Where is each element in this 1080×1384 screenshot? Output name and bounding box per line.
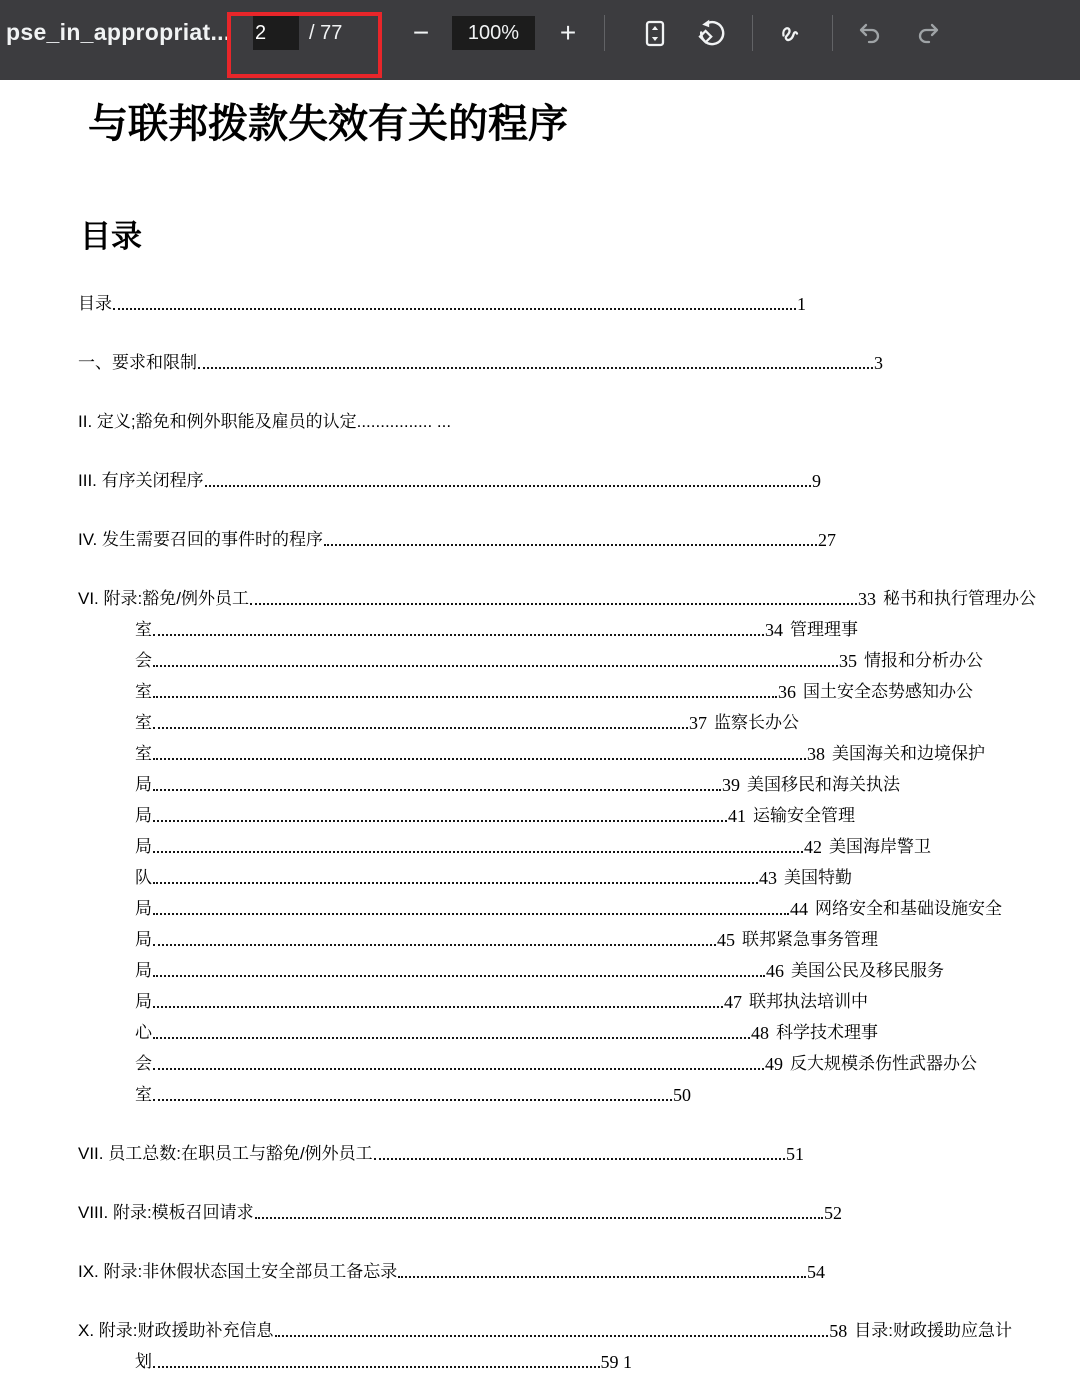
toc-entry-suffix: 科学技术理事 bbox=[776, 1024, 878, 1042]
rotate-counterclockwise-icon bbox=[697, 19, 725, 47]
toc-entry-suffix: 联邦紧急事务管理 bbox=[742, 931, 878, 949]
toc-entry-label: II. 定义;豁免和例外职能及雇员的认定................ ... bbox=[78, 413, 451, 431]
toc-entry: 心48科学技术理事 bbox=[135, 1024, 878, 1042]
zoom-level-display: 100% bbox=[452, 16, 535, 50]
toc-entry: 局42美国海岸警卫 bbox=[135, 838, 931, 856]
toc-entry: 局47联邦执法培训中 bbox=[135, 993, 868, 1011]
toc-entry-label: 一、要求和限制 bbox=[78, 354, 197, 372]
toc-entry-label: 室 bbox=[135, 683, 152, 701]
toolbar-divider bbox=[604, 15, 605, 51]
toc-leader-dots bbox=[153, 851, 803, 853]
toc-entry-suffix: 秘书和执行管理办公 bbox=[883, 590, 1036, 608]
toc-entry: X. 附录:财政援助补充信息58目录:财政援助应急计 bbox=[78, 1322, 1012, 1340]
document-title: 与联邦拨款失效有关的程序 bbox=[88, 100, 1080, 148]
toc-entry-suffix: 目录:财政援助应急计 bbox=[854, 1322, 1012, 1340]
toc-entry: 局39美国移民和海关执法 bbox=[135, 776, 900, 794]
toc-entry-label: 室 bbox=[135, 745, 152, 763]
toc-entry-page: 43 bbox=[759, 869, 777, 887]
toc-entry-page: 58 bbox=[829, 1322, 847, 1340]
toc-entry: 局41运输安全管理 bbox=[135, 807, 855, 825]
pdf-page: 与联邦拨款失效有关的程序 目录 目录1 一、要求和限制3 II. 定义;豁免和例… bbox=[0, 100, 1080, 1371]
toc-entry-suffix: 国土安全态势感知办公 bbox=[803, 683, 973, 701]
page-count-label: / 77 bbox=[309, 22, 342, 45]
toc-leader-dots bbox=[198, 367, 873, 369]
toc-entry-suffix: 美国特勤 bbox=[784, 869, 852, 887]
redo-button[interactable] bbox=[908, 14, 948, 52]
toc-entry-label: 局 bbox=[135, 838, 152, 856]
toc-entry-label: 队 bbox=[135, 869, 152, 887]
toc-entry-label: 会 bbox=[135, 652, 152, 670]
toc-leader-dots bbox=[153, 882, 758, 884]
toc-entry-label: 室 bbox=[135, 714, 152, 732]
toc-leader-dots bbox=[153, 665, 838, 667]
toc-entry-suffix: 监察长办公 bbox=[714, 714, 799, 732]
toc-entry-page: 54 bbox=[807, 1263, 825, 1281]
toc-entry-suffix: 美国海岸警卫 bbox=[829, 838, 931, 856]
pen-icon bbox=[776, 19, 804, 47]
toc-entry: IX. 附录:非休假状态国土安全部员工备忘录54 bbox=[78, 1263, 825, 1281]
toc-heading: 目录 bbox=[80, 220, 1080, 254]
toc-leader-dots bbox=[153, 727, 688, 729]
toc-entry-label: 会 bbox=[135, 1055, 152, 1073]
toc-entry-page: 1 bbox=[797, 295, 806, 313]
toc-entry-label: 局 bbox=[135, 807, 152, 825]
toc-entry-suffix: 美国海关和边境保护 bbox=[832, 745, 985, 763]
toc-entry: 划59 1 bbox=[135, 1353, 632, 1371]
toc-entry-page: 34 bbox=[765, 621, 783, 639]
toc-entry-page: 38 bbox=[807, 745, 825, 763]
toc-entry-page: 39 bbox=[722, 776, 740, 794]
toc-entry-suffix: 美国移民和海关执法 bbox=[747, 776, 900, 794]
toc-entry-label: VII. 员工总数:在职员工与豁免/例外员工 bbox=[78, 1145, 373, 1163]
toc-entry: 室36国土安全态势感知办公 bbox=[135, 683, 973, 701]
toc-leader-dots bbox=[153, 1037, 750, 1039]
undo-icon bbox=[856, 19, 884, 47]
toc-entry-label: 目录 bbox=[78, 295, 112, 313]
toc-entry-suffix: 运输安全管理 bbox=[753, 807, 855, 825]
toc-entry-page: 35 bbox=[839, 652, 857, 670]
toc-entry: 室50 bbox=[135, 1086, 691, 1104]
toc-entry-page: 41 bbox=[728, 807, 746, 825]
rotate-button[interactable] bbox=[692, 14, 730, 52]
toc-leader-dots bbox=[398, 1276, 806, 1278]
annotation-red-box bbox=[227, 12, 382, 78]
annotate-button[interactable] bbox=[770, 14, 810, 52]
toc-entry: 室37监察长办公 bbox=[135, 714, 799, 732]
undo-button[interactable] bbox=[850, 14, 890, 52]
toc-entry-page: 45 bbox=[717, 931, 735, 949]
redo-icon bbox=[914, 19, 942, 47]
toc-leader-dots bbox=[205, 485, 811, 487]
toc-entry-page: 51 bbox=[786, 1145, 804, 1163]
toc-entry-suffix: 网络安全和基础设施安全 bbox=[815, 900, 1002, 918]
toc-entry-page: 44 bbox=[790, 900, 808, 918]
toc-entry-suffix: 联邦执法培训中 bbox=[749, 993, 868, 1011]
document-filename: pse_in_appropriat... bbox=[6, 19, 231, 46]
toc-leader-dots bbox=[153, 975, 765, 977]
zoom-out-button[interactable]: − bbox=[404, 16, 438, 50]
toc-entry: 会35情报和分析办公 bbox=[135, 652, 983, 670]
toc-entry-page: 42 bbox=[804, 838, 822, 856]
toc-entry: VI. 附录:豁免/例外员工33秘书和执行管理办公 bbox=[78, 590, 1036, 608]
toc-entry-label: 划 bbox=[135, 1353, 152, 1371]
toc-leader-dots bbox=[153, 789, 721, 791]
toc-leader-dots bbox=[153, 1366, 600, 1368]
toc-leader-dots bbox=[255, 1217, 823, 1219]
fit-page-icon bbox=[643, 20, 667, 47]
toc-entry-label: 室 bbox=[135, 621, 152, 639]
toc-entry-label: 心 bbox=[135, 1024, 152, 1042]
toc-entry-page: 47 bbox=[724, 993, 742, 1011]
toc-entry-page: 27 bbox=[818, 531, 836, 549]
table-of-contents: 目录1 一、要求和限制3 II. 定义;豁免和例外职能及雇员的认定.......… bbox=[78, 295, 1080, 1371]
toc-entry-suffix: 美国公民及移民服务 bbox=[791, 962, 944, 980]
toc-entry-page: 52 bbox=[824, 1204, 842, 1222]
toc-entry: 局45联邦紧急事务管理 bbox=[135, 931, 878, 949]
toc-entry-suffix: 反大规模杀伤性武器办公 bbox=[790, 1055, 977, 1073]
toc-entry: VIII. 附录:模板召回请求52 bbox=[78, 1204, 842, 1222]
toc-leader-dots bbox=[153, 696, 777, 698]
toc-entry: 室38美国海关和边境保护 bbox=[135, 745, 985, 763]
toc-leader-dots bbox=[324, 544, 817, 546]
toc-entry-label: VIII. 附录:模板召回请求 bbox=[78, 1204, 254, 1222]
zoom-in-button[interactable]: + bbox=[551, 16, 585, 50]
toc-leader-dots bbox=[153, 1006, 723, 1008]
toc-entry-page: 3 bbox=[874, 354, 883, 372]
toc-entry: 局44网络安全和基础设施安全 bbox=[135, 900, 1002, 918]
pdf-toolbar: pse_in_appropriat... / 77 − 100% + bbox=[0, 0, 1080, 80]
toc-entry: IV. 发生需要召回的事件时的程序27 bbox=[78, 531, 836, 549]
toc-leader-dots bbox=[250, 603, 857, 605]
toc-entry-label: III. 有序关闭程序 bbox=[78, 472, 204, 490]
toc-leader-dots bbox=[153, 820, 727, 822]
toc-entry-page: 36 bbox=[778, 683, 796, 701]
toolbar-divider bbox=[752, 15, 753, 51]
toc-entry-suffix: 管理理事 bbox=[790, 621, 858, 639]
toc-entry: VII. 员工总数:在职员工与豁免/例外员工51 bbox=[78, 1145, 804, 1163]
toolbar-divider bbox=[832, 15, 833, 51]
toc-leader-dots bbox=[113, 308, 796, 310]
toc-entry: 一、要求和限制3 bbox=[78, 354, 883, 372]
toc-leader-dots bbox=[153, 1068, 764, 1070]
fit-page-button[interactable] bbox=[636, 14, 674, 52]
toc-entry-label: 局 bbox=[135, 776, 152, 794]
toc-entry-label: 局 bbox=[135, 931, 152, 949]
toc-leader-dots bbox=[153, 758, 806, 760]
toc-entry: 目录1 bbox=[78, 295, 806, 313]
toc-entry: II. 定义;豁免和例外职能及雇员的认定................ ... bbox=[78, 413, 1080, 431]
toc-entry: 队43美国特勤 bbox=[135, 869, 852, 887]
toc-entry-label: VI. 附录:豁免/例外员工 bbox=[78, 590, 249, 608]
toc-entry: 室34管理理事 bbox=[135, 621, 858, 639]
toc-entry-label: 局 bbox=[135, 962, 152, 980]
toc-entry-page: 59 1 bbox=[601, 1353, 633, 1371]
toc-entry-page: 46 bbox=[766, 962, 784, 980]
toc-entry-label: X. 附录:财政援助补充信息 bbox=[78, 1322, 274, 1340]
toc-entry: 会49反大规模杀伤性武器办公 bbox=[135, 1055, 977, 1073]
toc-entry-page: 9 bbox=[812, 472, 821, 490]
toc-leader-dots bbox=[374, 1158, 785, 1160]
toc-entry-label: IV. 发生需要召回的事件时的程序 bbox=[78, 531, 323, 549]
toc-entry-page: 49 bbox=[765, 1055, 783, 1073]
toc-leader-dots bbox=[153, 1099, 672, 1101]
toc-leader-dots bbox=[153, 913, 789, 915]
toc-entry-page: 48 bbox=[751, 1024, 769, 1042]
toc-entry-page: 50 bbox=[673, 1086, 691, 1104]
toc-entry-label: 局 bbox=[135, 993, 152, 1011]
toc-entry-suffix: 情报和分析办公 bbox=[864, 652, 983, 670]
toc-leader-dots bbox=[153, 634, 764, 636]
toc-entry-page: 33 bbox=[858, 590, 876, 608]
toc-entry-label: 室 bbox=[135, 1086, 152, 1104]
page-number-input[interactable] bbox=[253, 16, 299, 50]
toc-entry-label: 局 bbox=[135, 900, 152, 918]
toc-entry: 局46美国公民及移民服务 bbox=[135, 962, 944, 980]
toc-entry: III. 有序关闭程序9 bbox=[78, 472, 821, 490]
toc-entry-label: IX. 附录:非休假状态国土安全部员工备忘录 bbox=[78, 1263, 397, 1281]
toc-leader-dots bbox=[153, 944, 716, 946]
toc-entry-page: 37 bbox=[689, 714, 707, 732]
toc-leader-dots bbox=[275, 1335, 829, 1337]
